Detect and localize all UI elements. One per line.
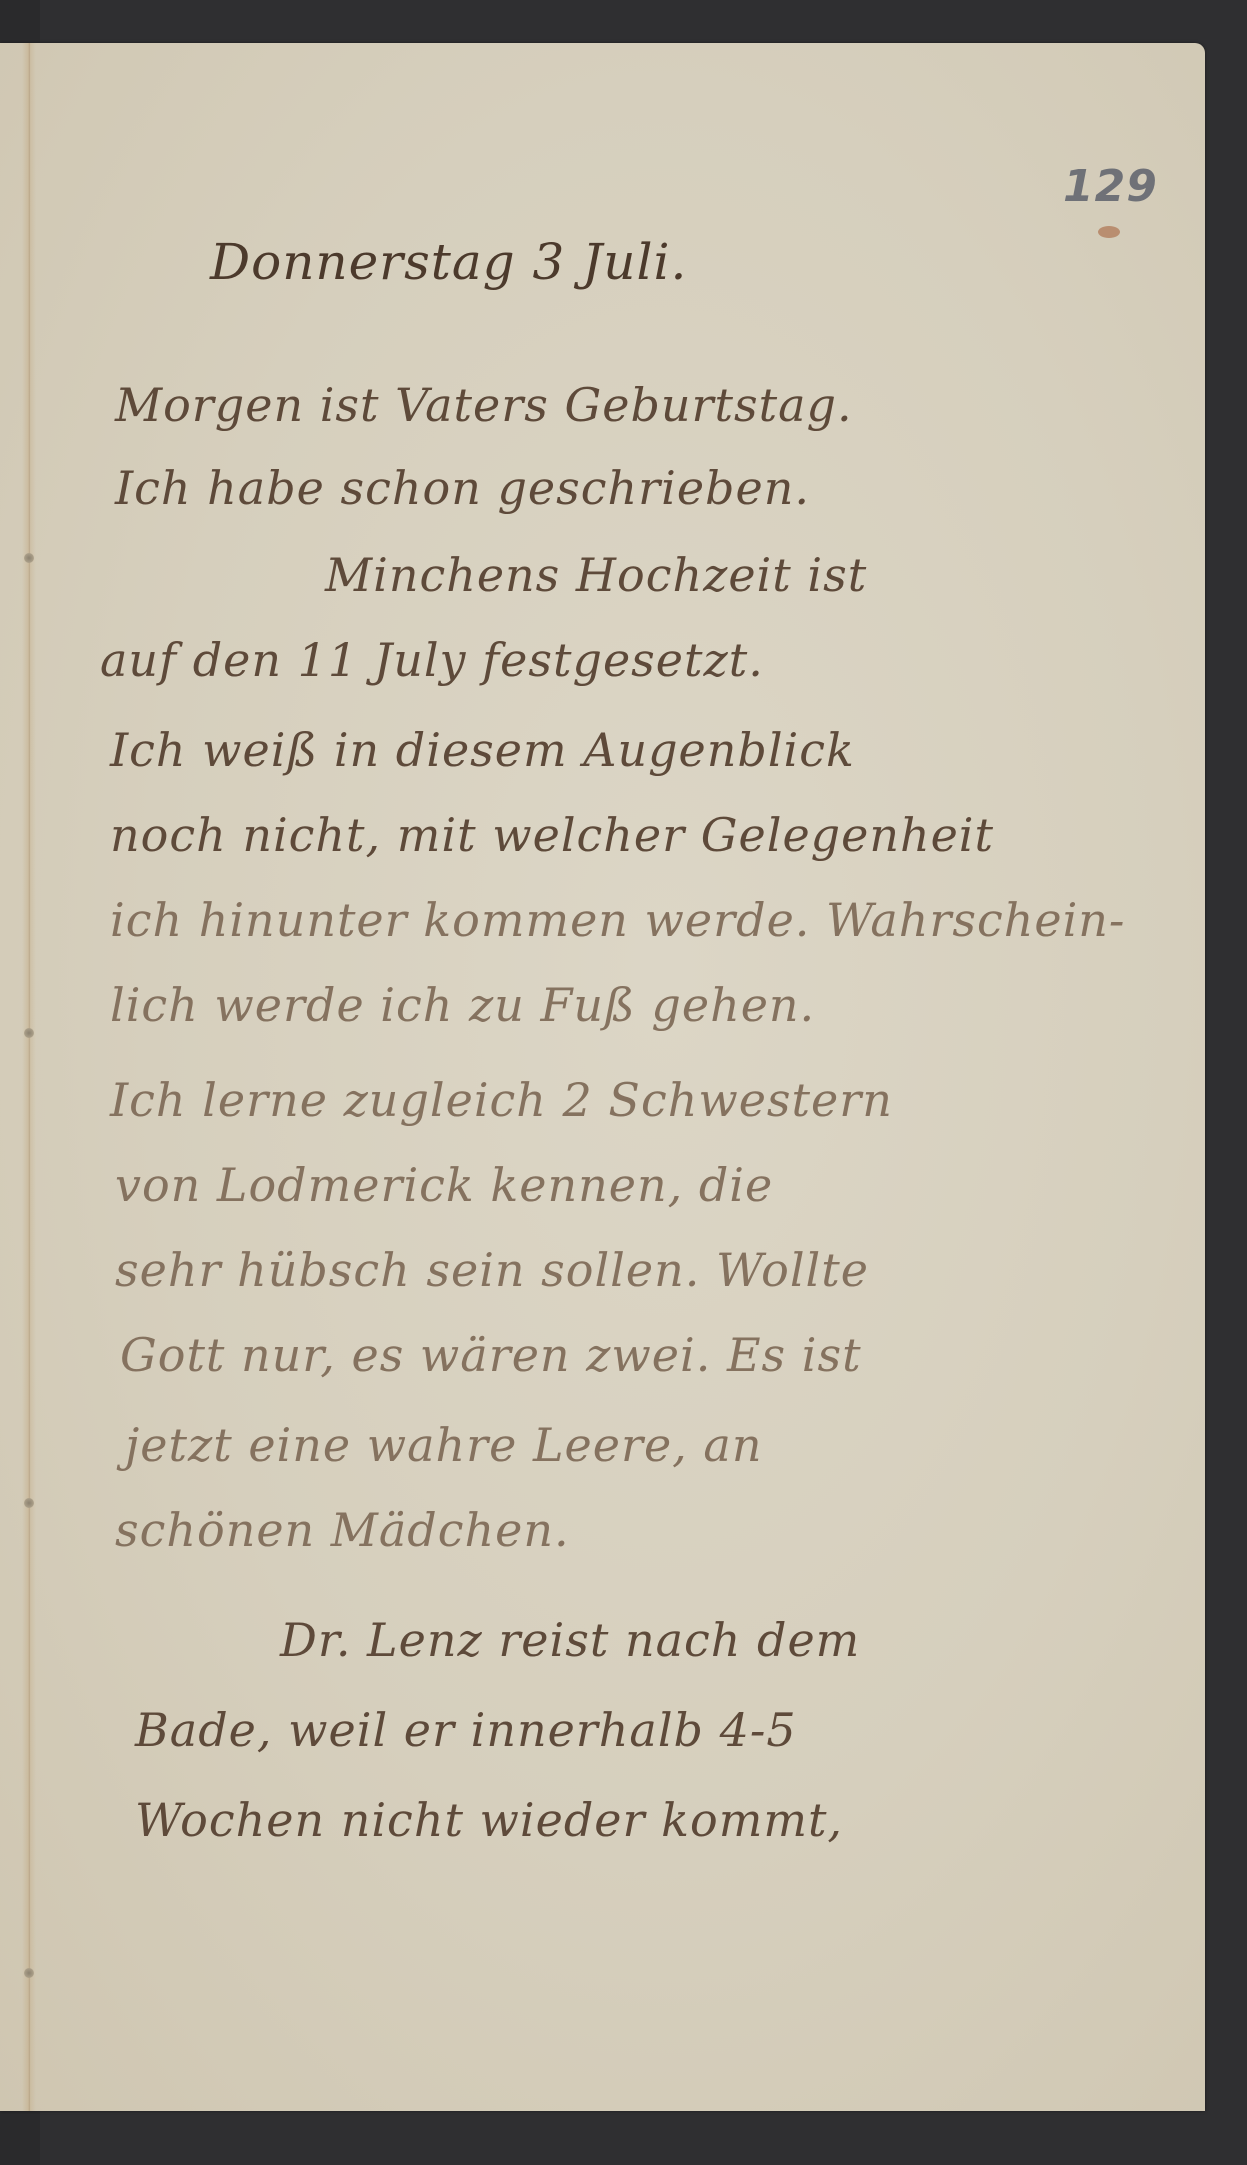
text-line: Dr. Lenz reist nach dem xyxy=(280,1613,860,1667)
text-line: sehr hübsch sein sollen. Wollte xyxy=(115,1243,869,1297)
text-line: schönen Mädchen. xyxy=(115,1503,570,1557)
text-line: Bade, weil er innerhalb 4-5 xyxy=(135,1703,797,1757)
text-line: Ich weiß in diesem Augenblick xyxy=(110,723,855,777)
manuscript-page: 129 Donnerstag 3 Juli. Morgen ist Vaters… xyxy=(0,43,1205,2111)
text-line: ich hinunter kommen werde. Wahrschein- xyxy=(110,893,1125,947)
text-line: Ich lerne zugleich 2 Schwestern xyxy=(110,1073,893,1127)
text-line: Morgen ist Vaters Geburtstag. xyxy=(115,378,853,432)
text-line: jetzt eine wahre Leere, an xyxy=(125,1418,762,1472)
text-line: auf den 11 July festgesetzt. xyxy=(100,633,764,687)
text-line: noch nicht, mit welcher Gelegenheit xyxy=(110,808,994,862)
handwritten-text: Donnerstag 3 Juli. Morgen ist Vaters Geb… xyxy=(0,43,1205,2111)
entry-date-heading: Donnerstag 3 Juli. xyxy=(210,233,687,291)
text-line: Wochen nicht wieder kommt, xyxy=(135,1793,843,1847)
text-line: Minchens Hochzeit ist xyxy=(325,548,867,602)
text-line: Gott nur, es wären zwei. Es ist xyxy=(120,1328,862,1382)
text-line: von Lodmerick kennen, die xyxy=(115,1158,773,1212)
text-line: lich werde ich zu Fuß gehen. xyxy=(110,978,815,1032)
text-line: Ich habe schon geschrieben. xyxy=(115,461,810,515)
